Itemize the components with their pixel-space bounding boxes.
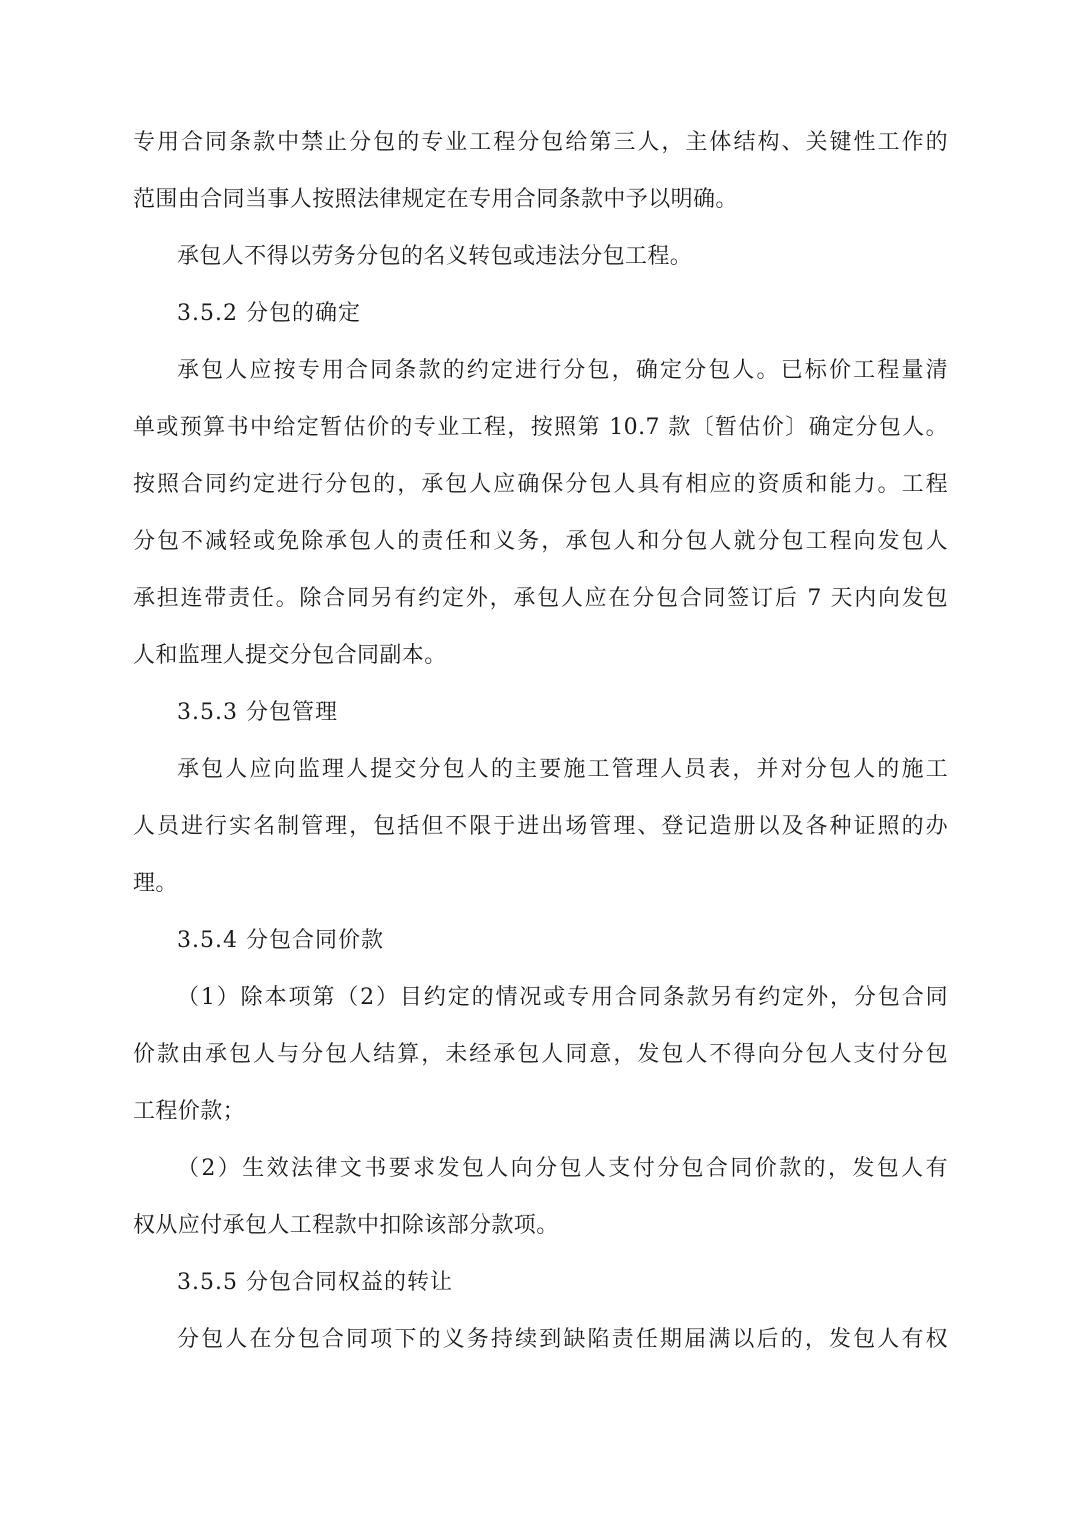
text-line: （1）除本项第（2）目约定的情况或专用合同条款另有约定外，分包合同: [133, 979, 948, 1036]
paragraph-price-item-1: （1）除本项第（2）目约定的情况或专用合同条款另有约定外，分包合同 价款由承包人…: [133, 979, 948, 1150]
section-heading-3-5-2: 3.5.2 分包的确定: [133, 295, 948, 352]
text-line: 工程价款；: [133, 1093, 948, 1150]
text-line: 价款由承包人与分包人结算，未经承包人同意，发包人不得向分包人支付分包: [133, 1036, 948, 1093]
paragraph-price-item-2: （2）生效法律文书要求发包人向分包人支付分包合同价款的，发包人有 权从应付承包人…: [133, 1150, 948, 1264]
text-line: 专用合同条款中禁止分包的专业工程分包给第三人，主体结构、关键性工作的: [133, 124, 948, 181]
paragraph-subcontract-determination: 承包人应按专用合同条款的约定进行分包，确定分包人。已标价工程量清 单或预算书中给…: [133, 352, 948, 694]
text-line: 承担连带责任。除合同另有约定外，承包人应在分包合同签订后 7 天内向发包: [133, 580, 948, 637]
section-heading-3-5-5: 3.5.5 分包合同权益的转让: [133, 1264, 948, 1321]
text-line: 承包人应向监理人提交分包人的主要施工管理人员表，并对分包人的施工: [133, 751, 948, 808]
paragraph-no-labor-subcontract: 承包人不得以劳务分包的名义转包或违法分包工程。: [133, 238, 948, 295]
text-line: 分包人在分包合同项下的义务持续到缺陷责任期届满以后的，发包人有权: [133, 1321, 948, 1378]
document-page: 专用合同条款中禁止分包的专业工程分包给第三人，主体结构、关键性工作的 范围由合同…: [133, 124, 948, 1378]
text-line: 人和监理人提交分包合同副本。: [133, 637, 948, 694]
text-line: 承包人应按专用合同条款的约定进行分包，确定分包人。已标价工程量清: [133, 352, 948, 409]
text-line: 承包人不得以劳务分包的名义转包或违法分包工程。: [133, 238, 948, 295]
text-line: 权从应付承包人工程款中扣除该部分款项。: [133, 1207, 948, 1264]
paragraph-rights-transfer: 分包人在分包合同项下的义务持续到缺陷责任期届满以后的，发包人有权: [133, 1321, 948, 1378]
text-line: 按照合同约定进行分包的，承包人应确保分包人具有相应的资质和能力。工程: [133, 466, 948, 523]
text-line: （2）生效法律文书要求发包人向分包人支付分包合同价款的，发包人有: [133, 1150, 948, 1207]
section-heading-3-5-4: 3.5.4 分包合同价款: [133, 922, 948, 979]
paragraph-subcontract-management: 承包人应向监理人提交分包人的主要施工管理人员表，并对分包人的施工 人员进行实名制…: [133, 751, 948, 922]
text-line: 分包不减轻或免除承包人的责任和义务，承包人和分包人就分包工程向发包人: [133, 523, 948, 580]
section-heading-3-5-3: 3.5.3 分包管理: [133, 694, 948, 751]
text-line: 单或预算书中给定暂估价的专业工程，按照第 10.7 款〔暂估价〕确定分包人。: [133, 409, 948, 466]
paragraph-subcontract-scope: 专用合同条款中禁止分包的专业工程分包给第三人，主体结构、关键性工作的 范围由合同…: [133, 124, 948, 238]
text-line: 人员进行实名制管理，包括但不限于进出场管理、登记造册以及各种证照的办: [133, 808, 948, 865]
text-line: 理。: [133, 865, 948, 922]
text-line: 范围由合同当事人按照法律规定在专用合同条款中予以明确。: [133, 181, 948, 238]
